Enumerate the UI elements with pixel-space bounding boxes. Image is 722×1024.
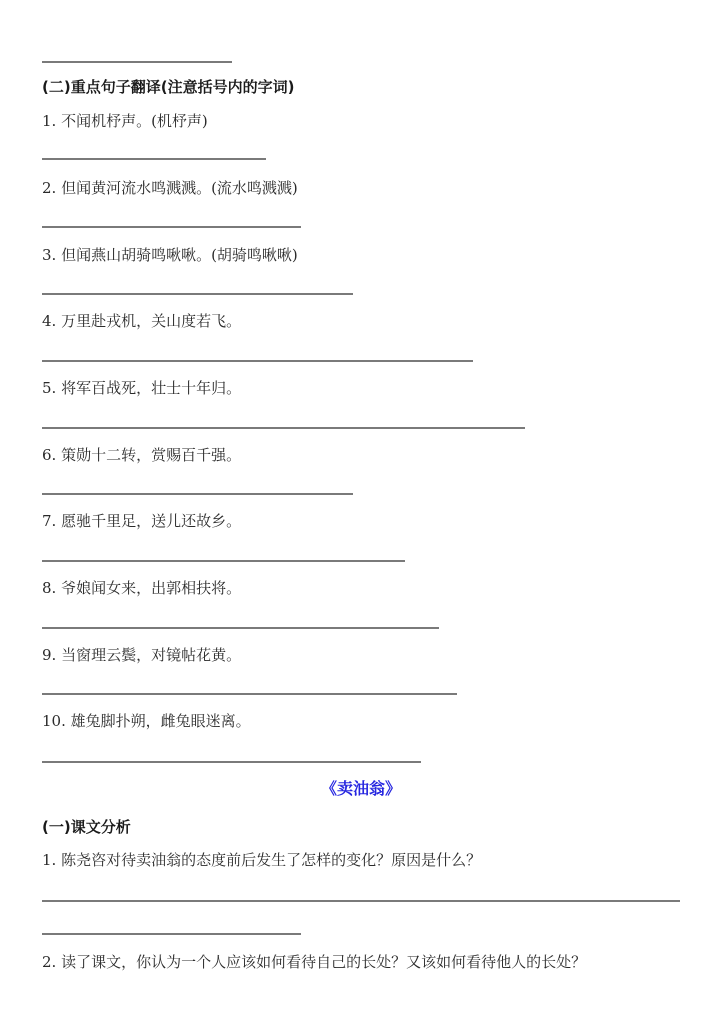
answer-line[interactable] [42,493,353,495]
answer-line[interactable] [42,933,301,935]
question-item: 1. 陈尧咨对待卖油翁的态度前后发生了怎样的变化？原因是什么？ [42,850,481,870]
answer-line[interactable] [42,560,405,562]
answer-line[interactable] [42,627,439,629]
sentence-item: 4. 万里赴戎机，关山度若飞。 [42,311,241,331]
sentence-item: 3. 但闻燕山胡骑鸣啾啾。(胡骑鸣啾啾) [42,245,298,265]
section-subheading: (一)课文分析 [42,817,131,837]
answer-line[interactable] [42,427,525,429]
sentence-item: 1. 不闻机杼声。(机杼声) [42,111,208,131]
answer-line[interactable] [42,293,353,295]
answer-line[interactable] [42,61,232,63]
section-heading: (二)重点句子翻译(注意括号内的字词) [42,77,294,97]
answer-line[interactable] [42,158,266,160]
answer-line[interactable] [42,226,301,228]
answer-line[interactable] [42,900,680,902]
question-item: 2. 读了课文，你认为一个人应该如何看待自己的长处？又该如何看待他人的长处？ [42,952,586,972]
lesson-title: 《卖油翁》 [0,778,722,800]
sentence-item: 2. 但闻黄河流水鸣溅溅。(流水鸣溅溅) [42,178,298,198]
sentence-item: 10. 雄兔脚扑朔，雌兔眼迷离。 [42,711,251,731]
answer-line[interactable] [42,693,457,695]
answer-line[interactable] [42,360,473,362]
sentence-item: 7. 愿驰千里足，送儿还故乡。 [42,511,241,531]
sentence-item: 8. 爷娘闻女来，出郭相扶将。 [42,578,241,598]
sentence-item: 6. 策勋十二转，赏赐百千强。 [42,445,241,465]
sentence-item: 9. 当窗理云鬓，对镜帖花黄。 [42,645,241,665]
sentence-item: 5. 将军百战死，壮士十年归。 [42,378,241,398]
answer-line[interactable] [42,761,421,763]
